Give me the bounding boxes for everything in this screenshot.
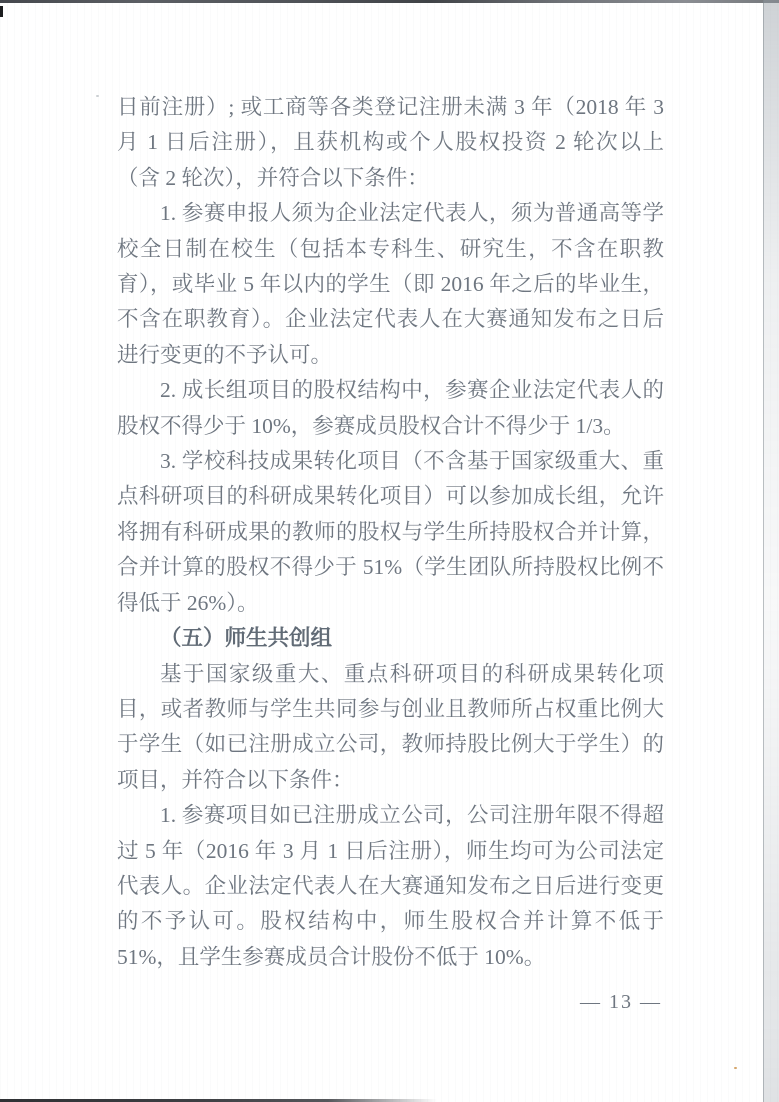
paragraph-continuation: 日前注册）; 或工商等各类登记注册未满 3 年（2018 年 3 月 1 日后注… xyxy=(117,90,664,196)
scan-edge-top xyxy=(0,0,779,3)
paragraph-item-1: 1. 参赛申报人须为企业法定代表人，须为普通高等学校全日制在校生（包括本专科生、… xyxy=(117,196,664,373)
paragraph-item-1b: 1. 参赛项目如已注册成立公司，公司注册年限不得超过 5 年（2016 年 3 … xyxy=(117,798,664,975)
paragraph-item-2: 2. 成长组项目的股权结构中，参赛企业法定代表人的股权不得少于 10%，参赛成员… xyxy=(117,373,664,444)
paragraph-item-3: 3. 学校科技成果转化项目（不含基于国家级重大、重点科研项目的科研成果转化项目）… xyxy=(117,444,664,621)
scan-speck xyxy=(734,1067,737,1069)
scan-speck xyxy=(96,95,99,97)
scanned-document-page: 日前注册）; 或工商等各类登记注册未满 3 年（2018 年 3 月 1 日后注… xyxy=(0,0,779,1102)
paragraph-section-intro: 基于国家级重大、重点科研项目的科研成果转化项目，或者教师与学生共同参与创业且教师… xyxy=(117,657,664,799)
page-number: — 13 — xyxy=(580,991,662,1014)
document-body: 日前注册）; 或工商等各类登记注册未满 3 年（2018 年 3 月 1 日后注… xyxy=(117,90,664,975)
scan-edge-right xyxy=(763,0,779,1102)
section-heading: （五）师生共创组 xyxy=(117,621,664,656)
scan-mark-topleft xyxy=(0,6,3,17)
